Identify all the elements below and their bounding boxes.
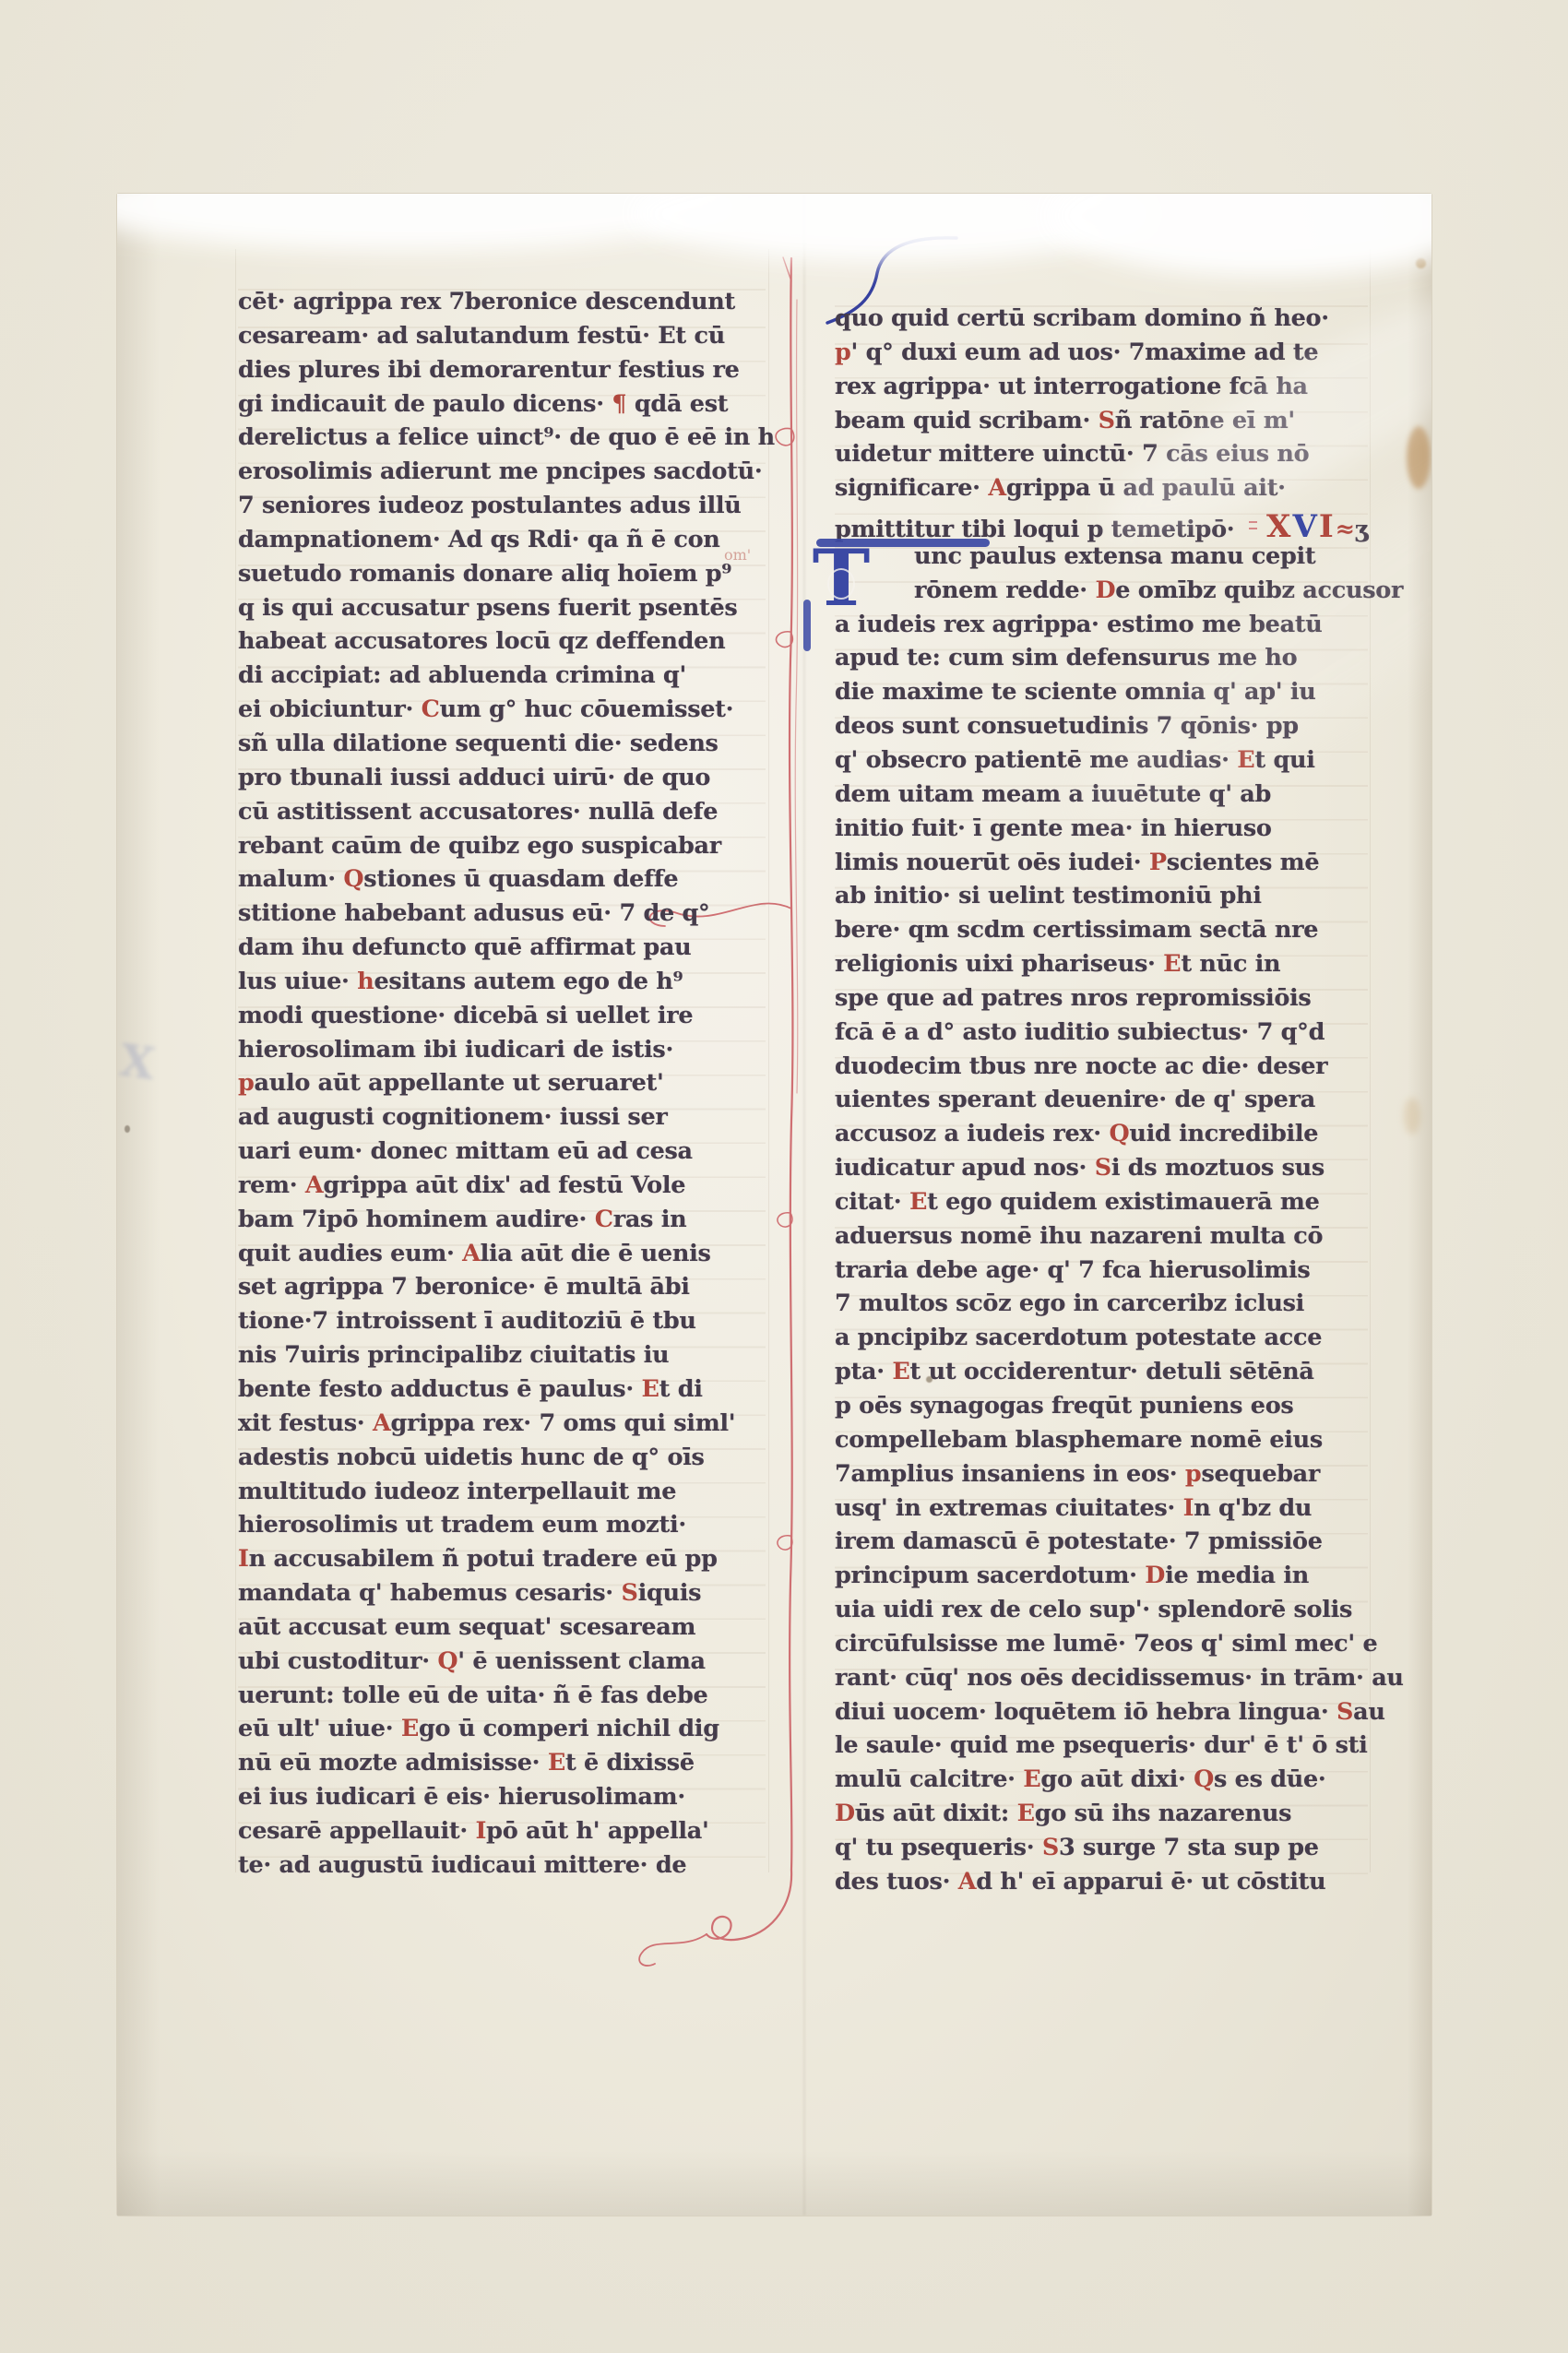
text-segment: significare· (835, 474, 988, 502)
text-segment: E (401, 1715, 419, 1742)
text-line: gi indicauit de paulo dicens· ¶ qdā est (238, 390, 766, 424)
text-line: beam quid scribam· Sñ ratōne eī m' (835, 407, 1368, 441)
initial-flourish-bar (816, 539, 990, 547)
text-segment: ei ius iudicari ē eis· hierusolimam· (238, 1783, 685, 1811)
text-segment: Q (343, 865, 363, 893)
text-segment: E (548, 1749, 565, 1777)
text-segment: ei obiciuntur· (238, 695, 422, 723)
text-segment: malum· (238, 865, 343, 893)
text-segment: uidetur mittere uinctū· 7 cās eius nō (835, 440, 1309, 468)
text-segment: ie media in (1165, 1562, 1309, 1589)
illuminated-initial: T (809, 544, 873, 618)
text-segment: ras in (613, 1206, 687, 1233)
text-segment: te· ad augustū iudicaui mittere· de (238, 1851, 686, 1879)
text-line: irem damascū ē potestate· 7 pmissiōe (835, 1527, 1368, 1562)
text-segment: t ego quidem existimauerā me (927, 1188, 1319, 1216)
text-segment: esitans autem ego de h⁹ (374, 968, 683, 995)
text-segment: t nūc in (1181, 950, 1280, 978)
leaf-edge-shadow-right (1408, 194, 1431, 2216)
text-line: sñ ulla dilatione sequenti die· sedens (238, 730, 766, 764)
text-line: diui uocem· loquētem iō hebra lingua· Sa… (835, 1698, 1368, 1732)
text-line: quit audies eum· Alia aūt die ē uenis (238, 1240, 766, 1274)
text-line: pro tbunali iussi adduci uirū· de quo (238, 764, 766, 798)
manuscript-leaf: X om' cēt· agrippa rex 7beronice descend… (117, 194, 1431, 2216)
text-segment: quo quid certū scribam domino ñ heo· (835, 304, 1329, 332)
text-segment: e omībz quibz accusor (1115, 576, 1403, 604)
parchment-crease (803, 194, 805, 2216)
text-segment: p (1185, 1460, 1202, 1488)
text-line: mulū calcitre· Ego aūt dixi· Qs es dūe· (835, 1765, 1368, 1800)
text-line: dam ihu defuncto quē affirmat pau (238, 933, 766, 968)
text-line: uientes sperant deuenire· de q' spera (835, 1086, 1368, 1120)
text-segment: um g° huc cōuemisset· (440, 695, 734, 723)
text-line: mandata q' habemus cesaris· Siquis (238, 1579, 766, 1613)
text-segment: I (1183, 1494, 1194, 1522)
text-segment: derelictus a felice uinct⁹· de quo ē eē … (238, 423, 775, 451)
text-line: cū astitissent accusatores· nullā defe (238, 798, 766, 832)
text-segment: iudicatur apud nos· (835, 1154, 1095, 1182)
text-segment: Q (1109, 1120, 1129, 1147)
text-line: uari eum· donec mittam eū ad cesa (238, 1137, 766, 1171)
text-segment: go sū ihs nazarenus (1035, 1800, 1291, 1827)
text-line: paulo aūt appellante ut seruaret' (238, 1069, 766, 1103)
ruling-line-vertical (235, 249, 236, 1872)
text-segment: uid incredibile (1129, 1120, 1318, 1147)
text-line: set agrippa 7 beronice· ē multā ābi (238, 1273, 766, 1307)
text-line: derelictus a felice uinct⁹· de quo ē eē … (238, 423, 766, 458)
text-line: di accipiat: ad abluenda crimina q' (238, 661, 766, 695)
text-line: quo quid certū scribam domino ñ heo· (835, 304, 1368, 339)
text-line: aduersus nomē ihu nazareni multa cō (835, 1222, 1368, 1256)
text-segment: E (1023, 1765, 1040, 1793)
text-segment: grippa ū ad paulū ait· (1006, 474, 1286, 502)
text-segment: cesarē appellauit· (238, 1817, 476, 1845)
text-line: apud te: cum sim defensurus me ho (835, 644, 1368, 678)
text-line: ubi custoditur· Q' ē uenissent clama (238, 1647, 766, 1682)
text-segment: go ū comperi nichil dig (419, 1715, 719, 1742)
text-line: q is qui accusatur psens fuerit psentēs (238, 594, 766, 628)
text-segment: C (422, 695, 440, 723)
text-line: a pncipibz sacerdotum potestate acce (835, 1324, 1368, 1358)
text-segment: 7 multos scōz ego in carceribz iclusi (835, 1289, 1304, 1317)
text-segment: modi questione· dicebā si uellet ire (238, 1002, 693, 1029)
text-segment: irem damascū ē potestate· 7 pmissiōe (835, 1527, 1323, 1555)
text-segment: I (238, 1545, 249, 1573)
text-segment: religionis uixi phariseus· (835, 950, 1163, 978)
text-segment: grippa rex· 7 oms qui siml' (390, 1409, 735, 1437)
text-segment: mulū calcitre· (835, 1765, 1023, 1793)
text-segment: ubi custoditur· (238, 1647, 437, 1675)
text-segment: S (621, 1579, 637, 1607)
text-segment: bere· qm scdm certissimam sectā nre (835, 916, 1318, 944)
text-line: compellebam blasphemare nomē eius (835, 1426, 1368, 1460)
text-segment: E (1163, 950, 1181, 978)
text-line: uerunt: tolle eū de uita· ñ ē fas debe (238, 1682, 766, 1716)
text-line: usq' in extremas ciuitates· In q'bz du (835, 1494, 1368, 1528)
text-segment: sñ ulla dilatione sequenti die· sedens (238, 730, 719, 757)
text-line: bente festo adductus ē paulus· Et di (238, 1375, 766, 1409)
text-line: significare· Agrippa ū ad paulū ait· (835, 474, 1368, 508)
text-segment: deos sunt consuetudinis 7 qōnis· pp (835, 712, 1299, 740)
text-segment: limis nouerūt oēs iudei· (835, 849, 1149, 876)
text-segment: hierosolimis ut tradem eum mozti· (238, 1511, 686, 1539)
text-segment: a pncipibz sacerdotum potestate acce (835, 1324, 1322, 1351)
text-segment: A (958, 1868, 977, 1895)
text-segment: erosolimis adierunt me pncipes sacdotū· (238, 458, 762, 485)
text-segment: 7 seniores iudeoz postulantes adus illū (238, 492, 742, 519)
text-line: rōnem redde· De omībz quibz accusor (835, 576, 1368, 611)
text-segment: 3 surge 7 sta sup pe (1059, 1834, 1319, 1861)
text-line: pta· Et ut occiderentur· detuli sētēnā (835, 1358, 1368, 1392)
text-segment: i ds moztuos sus (1111, 1154, 1324, 1182)
text-segment: A (462, 1240, 481, 1267)
text-line: circūfulsisse me lumē· 7eos q' siml mec'… (835, 1630, 1368, 1664)
text-segment: grippa aūt dix' ad festū Vole (323, 1171, 685, 1199)
text-line: stitione habebant adusus eū· 7 de q° (238, 899, 766, 933)
text-line: modi questione· dicebā si uellet ire (238, 1002, 766, 1036)
text-line: cesaream· ad salutandum festū· Et cū (238, 322, 766, 356)
text-line: aūt accusat eum sequat' scesaream (238, 1613, 766, 1647)
text-segment: quit audies eum· (238, 1240, 462, 1267)
text-line: spe que ad patres nros repromissiōis (835, 984, 1368, 1018)
text-segment: lus uiue· (238, 968, 357, 995)
text-segment: tione·7 introissent ī auditoziū ē tbu (238, 1307, 696, 1335)
text-line: ei obiciuntur· Cum g° huc cōuemisset· (238, 695, 766, 730)
text-segment: rebant caūm de quibz ego suspicabar (238, 832, 721, 860)
glass-glare (1049, 194, 1431, 277)
leaf-edge-shadow-left (117, 194, 160, 2216)
text-segment: sequebar (1201, 1460, 1320, 1488)
text-segment: iquis (638, 1579, 702, 1607)
text-segment: S (1336, 1698, 1353, 1726)
text-segment: p (238, 1069, 255, 1097)
text-segment: S (1042, 1834, 1059, 1861)
text-segment: dam ihu defuncto quē affirmat pau (238, 933, 691, 961)
text-segment: uari eum· donec mittam eū ad cesa (238, 1137, 693, 1165)
text-segment: di accipiat: ad abluenda crimina q' (238, 661, 686, 689)
text-segment: pō aūt h' appella' (486, 1817, 708, 1845)
framed-manuscript-photo: { "colors":{"ink":"#453c4b","rubric":"#b… (0, 0, 1568, 2353)
text-line: cēt· agrippa rex 7beronice descendunt (238, 288, 766, 322)
text-segment: E (892, 1358, 909, 1385)
text-segment: t qui (1254, 746, 1314, 774)
text-segment: D (835, 1800, 855, 1827)
text-segment: ūs aūt dixit: (855, 1800, 1017, 1827)
text-line: duodecim tbus nre nocte ac die· deser (835, 1052, 1368, 1087)
text-segment: p oēs synagogas freqūt puniens eos (835, 1392, 1293, 1420)
text-line: le saule· quid me psequeris· dur' ē t' ō… (835, 1731, 1368, 1765)
text-segment: aūt accusat eum sequat' scesaream (238, 1613, 695, 1641)
text-line: xit festus· Agrippa rex· 7 oms qui siml' (238, 1409, 766, 1444)
text-line: initio fuit· ī gente mea· in hieruso (835, 814, 1368, 849)
text-line: 7 multos scōz ego in carceribz iclusi (835, 1289, 1368, 1324)
text-segment: au (1353, 1698, 1384, 1726)
text-line: adestis nobcū uidetis hunc de q° oīs (238, 1444, 766, 1478)
text-segment: fcā ē a d° asto iuditio subiectus· 7 q°d (835, 1018, 1324, 1046)
text-segment: t ē dixissē (565, 1749, 695, 1777)
text-line: rem· Agrippa aūt dix' ad festū Vole (238, 1171, 766, 1206)
text-segment: q is qui accusatur psens fuerit psentēs (238, 594, 738, 622)
text-segment: a iudeis rex agrippa· estimo me beatū (835, 611, 1323, 638)
text-segment: duodecim tbus nre nocte ac die· deser (835, 1052, 1327, 1080)
marginal-correction-note: om' (724, 546, 751, 564)
text-segment: A (988, 474, 1006, 502)
text-segment: die maxime te sciente omnia q' ap' iu (835, 678, 1316, 706)
text-segment: ' ē uenissent clama (457, 1647, 705, 1675)
text-segment: I (476, 1817, 487, 1845)
text-segment: n q'bz du (1194, 1494, 1312, 1522)
text-line: q' tu psequeris· S3 surge 7 sta sup pe (835, 1834, 1368, 1868)
text-line: citat· Et ego quidem existimauerā me (835, 1188, 1368, 1222)
text-segment: uientes sperant deuenire· de q' spera (835, 1086, 1315, 1113)
text-line: eū ult' uiue· Ego ū comperi nichil dig (238, 1715, 766, 1749)
text-segment: X (1266, 508, 1292, 545)
text-line: hierosolimis ut tradem eum mozti· (238, 1511, 766, 1545)
text-segment: E (1017, 1800, 1035, 1827)
text-line: iudicatur apud nos· Si ds moztuos sus (835, 1154, 1368, 1188)
text-segment: nū eū mozte admisisse· (238, 1749, 548, 1777)
glass-glare (634, 194, 1150, 262)
text-segment: ñ ratōne eī m' (1115, 407, 1295, 434)
mat-window: X om' cēt· agrippa rex 7beronice descend… (117, 194, 1431, 2216)
text-segment: rōnem redde· (914, 576, 1095, 604)
text-line: des tuos· Ad h' eī apparui ē· ut cōstitu (835, 1868, 1368, 1902)
text-line: 7amplius insaniens in eos· psequebar (835, 1460, 1368, 1494)
text-line: nis 7uiris principalibz ciuitatis iu (238, 1341, 766, 1375)
text-segment: 7amplius insaniens in eos· (835, 1460, 1185, 1488)
text-segment: mandata q' habemus cesaris· (238, 1579, 621, 1607)
text-line: principum sacerdotum· Die media in (835, 1562, 1368, 1596)
text-line: Dūs aūt dixit: Ego sū ihs nazarenus (835, 1800, 1368, 1834)
ruling-line-vertical (768, 249, 769, 1872)
bleedthrough-initial-ghost: X (117, 1034, 188, 1107)
rubric-line-filler (1249, 521, 1257, 529)
text-segment: uia uidi rex de celo sup'· splendorē sol… (835, 1596, 1352, 1623)
text-segment: E (642, 1375, 659, 1403)
text-segment: I (1319, 508, 1336, 545)
text-segment: nis 7uiris principalibz ciuitatis iu (238, 1341, 669, 1369)
initial-descender (803, 600, 811, 651)
text-segment: gi indicauit de paulo dicens· (238, 390, 612, 418)
text-segment: P (1149, 849, 1167, 876)
text-line: q' obsecro patientē me audias· Et qui (835, 746, 1368, 780)
text-segment: traria debe age· q' 7 fca hierusolimis (835, 1256, 1310, 1284)
text-segment: hierosolimam ibi iudicari de istis· (238, 1036, 673, 1064)
text-line: dem uitam meam a iuuētute q' ab (835, 780, 1368, 814)
text-line: accusoz a iudeis rex· Quid incredibile (835, 1120, 1368, 1154)
text-line: pmittitur tibi loqui p temetipō·XVI≈ʒ (835, 508, 1368, 542)
text-line: nū eū mozte admisisse· Et ē dixissē (238, 1749, 766, 1783)
text-line: rex agrippa· ut interrogatione fcā ha (835, 373, 1368, 407)
text-line: ad augusti cognitionem· iussi ser (238, 1103, 766, 1137)
text-line: te· ad augustū iudicaui mittere· de (238, 1851, 766, 1885)
text-segment: D (1095, 576, 1115, 604)
text-segment: A (305, 1171, 324, 1199)
glass-glare (117, 194, 735, 251)
text-column-left: cēt· agrippa rex 7beronice descenduntces… (238, 288, 766, 1889)
text-segment: ad augusti cognitionem· iussi ser (238, 1103, 668, 1131)
text-segment: p (835, 339, 851, 366)
text-line: ab initio· si uelint testimoniū phi (835, 882, 1368, 916)
text-segment: cesaream· ad salutandum festū· Et cū (238, 322, 725, 350)
text-line: p oēs synagogas freqūt puniens eos (835, 1392, 1368, 1426)
text-line: rebant caūm de quibz ego suspicabar (238, 832, 766, 866)
text-segment: diui uocem· loquētem iō hebra lingua· (835, 1698, 1336, 1726)
text-segment: ab initio· si uelint testimoniū phi (835, 882, 1262, 909)
text-line: deos sunt consuetudinis 7 qōnis· pp (835, 712, 1368, 746)
text-line: religionis uixi phariseus· Et nūc in (835, 950, 1368, 984)
text-segment: S (1095, 1154, 1111, 1182)
text-segment: q' obsecro patientē me audias· (835, 746, 1237, 774)
text-segment: pta· (835, 1358, 892, 1385)
text-segment: des tuos· (835, 1868, 958, 1895)
text-segment: cū astitissent accusatores· nullā defe (238, 798, 718, 826)
text-line: dampnationem· Ad qs Rdi· qa ñ ē con (238, 526, 766, 560)
text-segment: eū ult' uiue· (238, 1715, 401, 1742)
text-segment: adestis nobcū uidetis hunc de q° oīs (238, 1444, 705, 1471)
text-segment: apud te: cum sim defensurus me ho (835, 644, 1297, 671)
text-segment: qdā est (635, 390, 728, 418)
text-line: uia uidi rex de celo sup'· splendorē sol… (835, 1596, 1368, 1630)
text-segment: stitione habebant adusus eū· 7 de q° (238, 899, 709, 927)
text-line: ei ius iudicari ē eis· hierusolimam· (238, 1783, 766, 1817)
text-segment: V (1292, 508, 1318, 545)
text-segment: rex agrippa· ut interrogatione fcā ha (835, 373, 1308, 400)
text-segment: pro tbunali iussi adduci uirū· de quo (238, 764, 710, 791)
text-segment: initio fuit· ī gente mea· in hieruso (835, 814, 1272, 842)
text-segment: circūfulsisse me lumē· 7eos q' siml mec'… (835, 1630, 1377, 1658)
text-segment: uerunt: tolle eū de uita· ñ ē fas debe (238, 1682, 707, 1709)
text-segment: usq' in extremas ciuitates· (835, 1494, 1183, 1522)
text-segment: stiones ū quasdam deffe (363, 865, 678, 893)
text-segment: rant· cūq' nos oēs decidissemus· in trām… (835, 1664, 1404, 1692)
text-segment: t ut occiderentur· detuli sētēnā (910, 1358, 1314, 1385)
text-segment: Q (437, 1647, 457, 1675)
text-segment: q' tu psequeris· (835, 1834, 1042, 1861)
text-segment: accusoz a iudeis rex· (835, 1120, 1109, 1147)
text-segment: dampnationem· Ad qs Rdi· qa ñ ē con (238, 526, 720, 553)
text-segment: xit festus· (238, 1409, 373, 1437)
text-segment: A (373, 1409, 391, 1437)
initial-filigree-void (827, 568, 855, 600)
text-segment: ʒ (1355, 516, 1368, 543)
text-line: multitudo iudeoz interpellauit me (238, 1478, 766, 1512)
text-line: 7 seniores iudeoz postulantes adus illū (238, 492, 766, 526)
text-segment: ¶ (612, 390, 635, 418)
text-segment: bente festo adductus ē paulus· (238, 1375, 642, 1403)
text-segment: compellebam blasphemare nomē eius (835, 1426, 1323, 1454)
text-segment: cēt· agrippa rex 7beronice descendunt (238, 288, 735, 315)
text-segment: le saule· quid me psequeris· dur' ē t' ō… (835, 1731, 1368, 1759)
text-segment: S (1099, 407, 1115, 434)
text-line: dies plures ibi demorarentur festius re (238, 356, 766, 390)
text-line: p' q° duxi eum ad uos· 7maxime ad te (835, 339, 1368, 373)
text-segment: t di (659, 1375, 703, 1403)
text-segment: D (1145, 1562, 1165, 1589)
text-line: bere· qm scdm certissimam sectā nre (835, 916, 1368, 950)
text-line: erosolimis adierunt me pncipes sacdotū· (238, 458, 766, 492)
text-segment: s es dūe· (1214, 1765, 1325, 1793)
text-line: die maxime te sciente omnia q' ap' iu (835, 678, 1368, 712)
text-line: traria debe age· q' 7 fca hierusolimis (835, 1256, 1368, 1290)
text-segment: spe que ad patres nros repromissiōis (835, 984, 1311, 1012)
text-segment: scientes mē (1167, 849, 1319, 876)
text-line: tione·7 introissent ī auditoziū ē tbu (238, 1307, 766, 1341)
text-segment: E (909, 1188, 927, 1216)
text-segment: C (595, 1206, 613, 1233)
text-segment: bam 7ipō hominem audire· (238, 1206, 595, 1233)
text-segment: principum sacerdotum· (835, 1562, 1145, 1589)
text-line: uidetur mittere uinctū· 7 cās eius nō (835, 440, 1368, 474)
text-segment: d h' eī apparui ē· ut cōstitu (976, 1868, 1325, 1895)
text-segment: dem uitam meam a iuuētute q' ab (835, 780, 1271, 808)
text-segment: citat· (835, 1188, 909, 1216)
text-segment: rem· (238, 1171, 305, 1199)
text-line: malum· Qstiones ū quasdam deffe (238, 865, 766, 899)
text-segment: ' q° duxi eum ad uos· 7maxime ad te (851, 339, 1319, 366)
text-line: habeat accusatores locū qz deffenden (238, 627, 766, 661)
text-segment: ≈ (1336, 516, 1355, 543)
text-line: a iudeis rex agrippa· estimo me beatū (835, 611, 1368, 645)
text-line: suetudo romanis donare aliq hoīem p⁹ (238, 560, 766, 594)
text-line: In accusabilem ñ potui tradere eū pp (238, 1545, 766, 1579)
text-line: lus uiue· hesitans autem ego de h⁹ (238, 968, 766, 1002)
text-line: bam 7ipō hominem audire· Cras in (238, 1206, 766, 1240)
text-line: fcā ē a d° asto iuditio subiectus· 7 q°d (835, 1018, 1368, 1052)
text-segment: aulo aūt appellante ut seruaret' (255, 1069, 664, 1097)
text-segment: h (357, 968, 374, 995)
text-segment: multitudo iudeoz interpellauit me (238, 1478, 676, 1505)
leaf-edge-shadow-bottom (117, 2151, 1431, 2216)
text-segment: lia aūt die ē uenis (481, 1240, 711, 1267)
text-line: limis nouerūt oēs iudei· Pscientes mē (835, 849, 1368, 883)
text-segment: dies plures ibi demorarentur festius re (238, 356, 740, 384)
text-segment: suetudo romanis donare aliq hoīem p⁹ (238, 560, 731, 588)
text-line: unc paulus extensa manu cepit (835, 542, 1368, 576)
text-segment: set agrippa 7 beronice· ē multā ābi (238, 1273, 690, 1301)
text-segment: go aūt dixi· (1040, 1765, 1194, 1793)
text-segment: beam quid scribam· (835, 407, 1099, 434)
text-line: cesarē appellauit· Ipō aūt h' appella' (238, 1817, 766, 1851)
text-segment: n accusabilem ñ potui tradere eū pp (249, 1545, 718, 1573)
text-line: rant· cūq' nos oēs decidissemus· in trām… (835, 1664, 1368, 1698)
text-segment: E (1237, 746, 1254, 774)
text-line: hierosolimam ibi iudicari de istis· (238, 1036, 766, 1070)
text-segment: aduersus nomē ihu nazareni multa cō (835, 1222, 1323, 1250)
text-segment: habeat accusatores locū qz deffenden (238, 627, 725, 655)
text-segment: Q (1194, 1765, 1214, 1793)
